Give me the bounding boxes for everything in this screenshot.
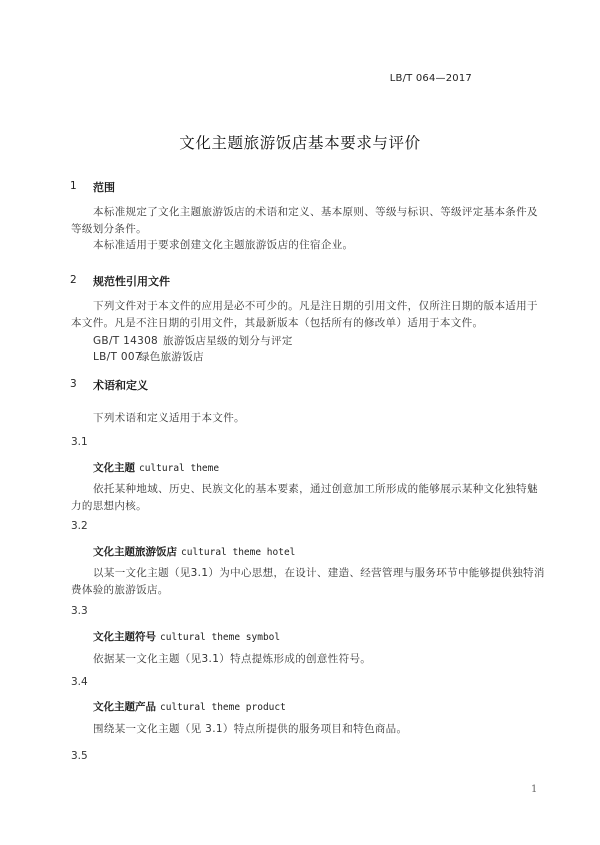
term-number: 3.2 [71, 520, 88, 532]
standard-code: LB/T 064—2017 [390, 73, 472, 84]
section-3-number: 3 [70, 378, 77, 390]
section-3-paragraph-1: 下列术语和定义适用于本文件。 [71, 410, 547, 427]
reference-item: GB/T 14308旅游饭店星级的划分与评定 [93, 333, 293, 348]
term-definition: 依托某种地域、历史、民族文化的基本要素，通过创意加工所形成的能够展示某种文化独特… [71, 481, 547, 514]
term-title: 文化主题产品cultural theme product [93, 699, 286, 714]
term-en: cultural theme [139, 463, 219, 474]
term-definition: 围绕某一文化主题（见 3.1）特点所提供的服务项目和特色商品。 [71, 721, 547, 738]
reference-title: 旅游饭店星级的划分与评定 [163, 335, 293, 347]
term-zh: 文化主题产品 [93, 701, 156, 713]
term-number: 3.4 [71, 676, 88, 688]
section-3-title: 术语和定义 [93, 377, 148, 393]
term-definition: 依据某一文化主题（见3.1）特点提炼形成的创意性符号。 [71, 651, 547, 668]
document-title: 文化主题旅游饭店基本要求与评价 [0, 131, 600, 153]
reference-item: LB/T 007绿色旅游饭店 [93, 349, 204, 364]
reference-title: 绿色旅游饭店 [139, 351, 204, 363]
document-page: LB/T 064—2017 文化主题旅游饭店基本要求与评价 1 范围 本标准规定… [0, 0, 600, 845]
reference-code: GB/T 14308 [93, 335, 158, 347]
term-zh: 文化主题旅游饭店 [93, 546, 177, 558]
term-title: 文化主题符号cultural theme symbol [93, 629, 280, 644]
term-title: 文化主题cultural theme [93, 460, 219, 475]
section-1-paragraph-1: 本标准规定了文化主题旅游饭店的术语和定义、基本原则、等级与标识、等级评定基本条件… [71, 204, 547, 237]
term-en: cultural theme hotel [181, 547, 295, 558]
section-1-title: 范围 [93, 179, 115, 195]
term-en: cultural theme product [160, 702, 286, 713]
section-2-title: 规范性引用文件 [93, 273, 170, 289]
term-number: 3.3 [71, 605, 88, 617]
section-1-paragraph-2: 本标准适用于要求创建文化主题旅游饭店的住宿企业。 [71, 237, 547, 254]
section-2-number: 2 [70, 274, 77, 286]
reference-code: LB/T 007 [93, 351, 139, 363]
term-number: 3.5 [71, 750, 88, 762]
term-title: 文化主题旅游饭店cultural theme hotel [93, 544, 295, 559]
section-1-number: 1 [70, 180, 77, 192]
term-definition: 以某一文化主题（见3.1）为中心思想，在设计、建造、经营管理与服务环节中能够提供… [71, 565, 547, 598]
section-2-paragraph-1: 下列文件对于本文件的应用是必不可少的。凡是注日期的引用文件，仅所注日期的版本适用… [71, 298, 547, 331]
term-number: 3.1 [71, 436, 88, 448]
page-number: 1 [531, 784, 537, 795]
term-zh: 文化主题符号 [93, 631, 156, 643]
term-en: cultural theme symbol [160, 632, 280, 643]
term-zh: 文化主题 [93, 462, 135, 474]
